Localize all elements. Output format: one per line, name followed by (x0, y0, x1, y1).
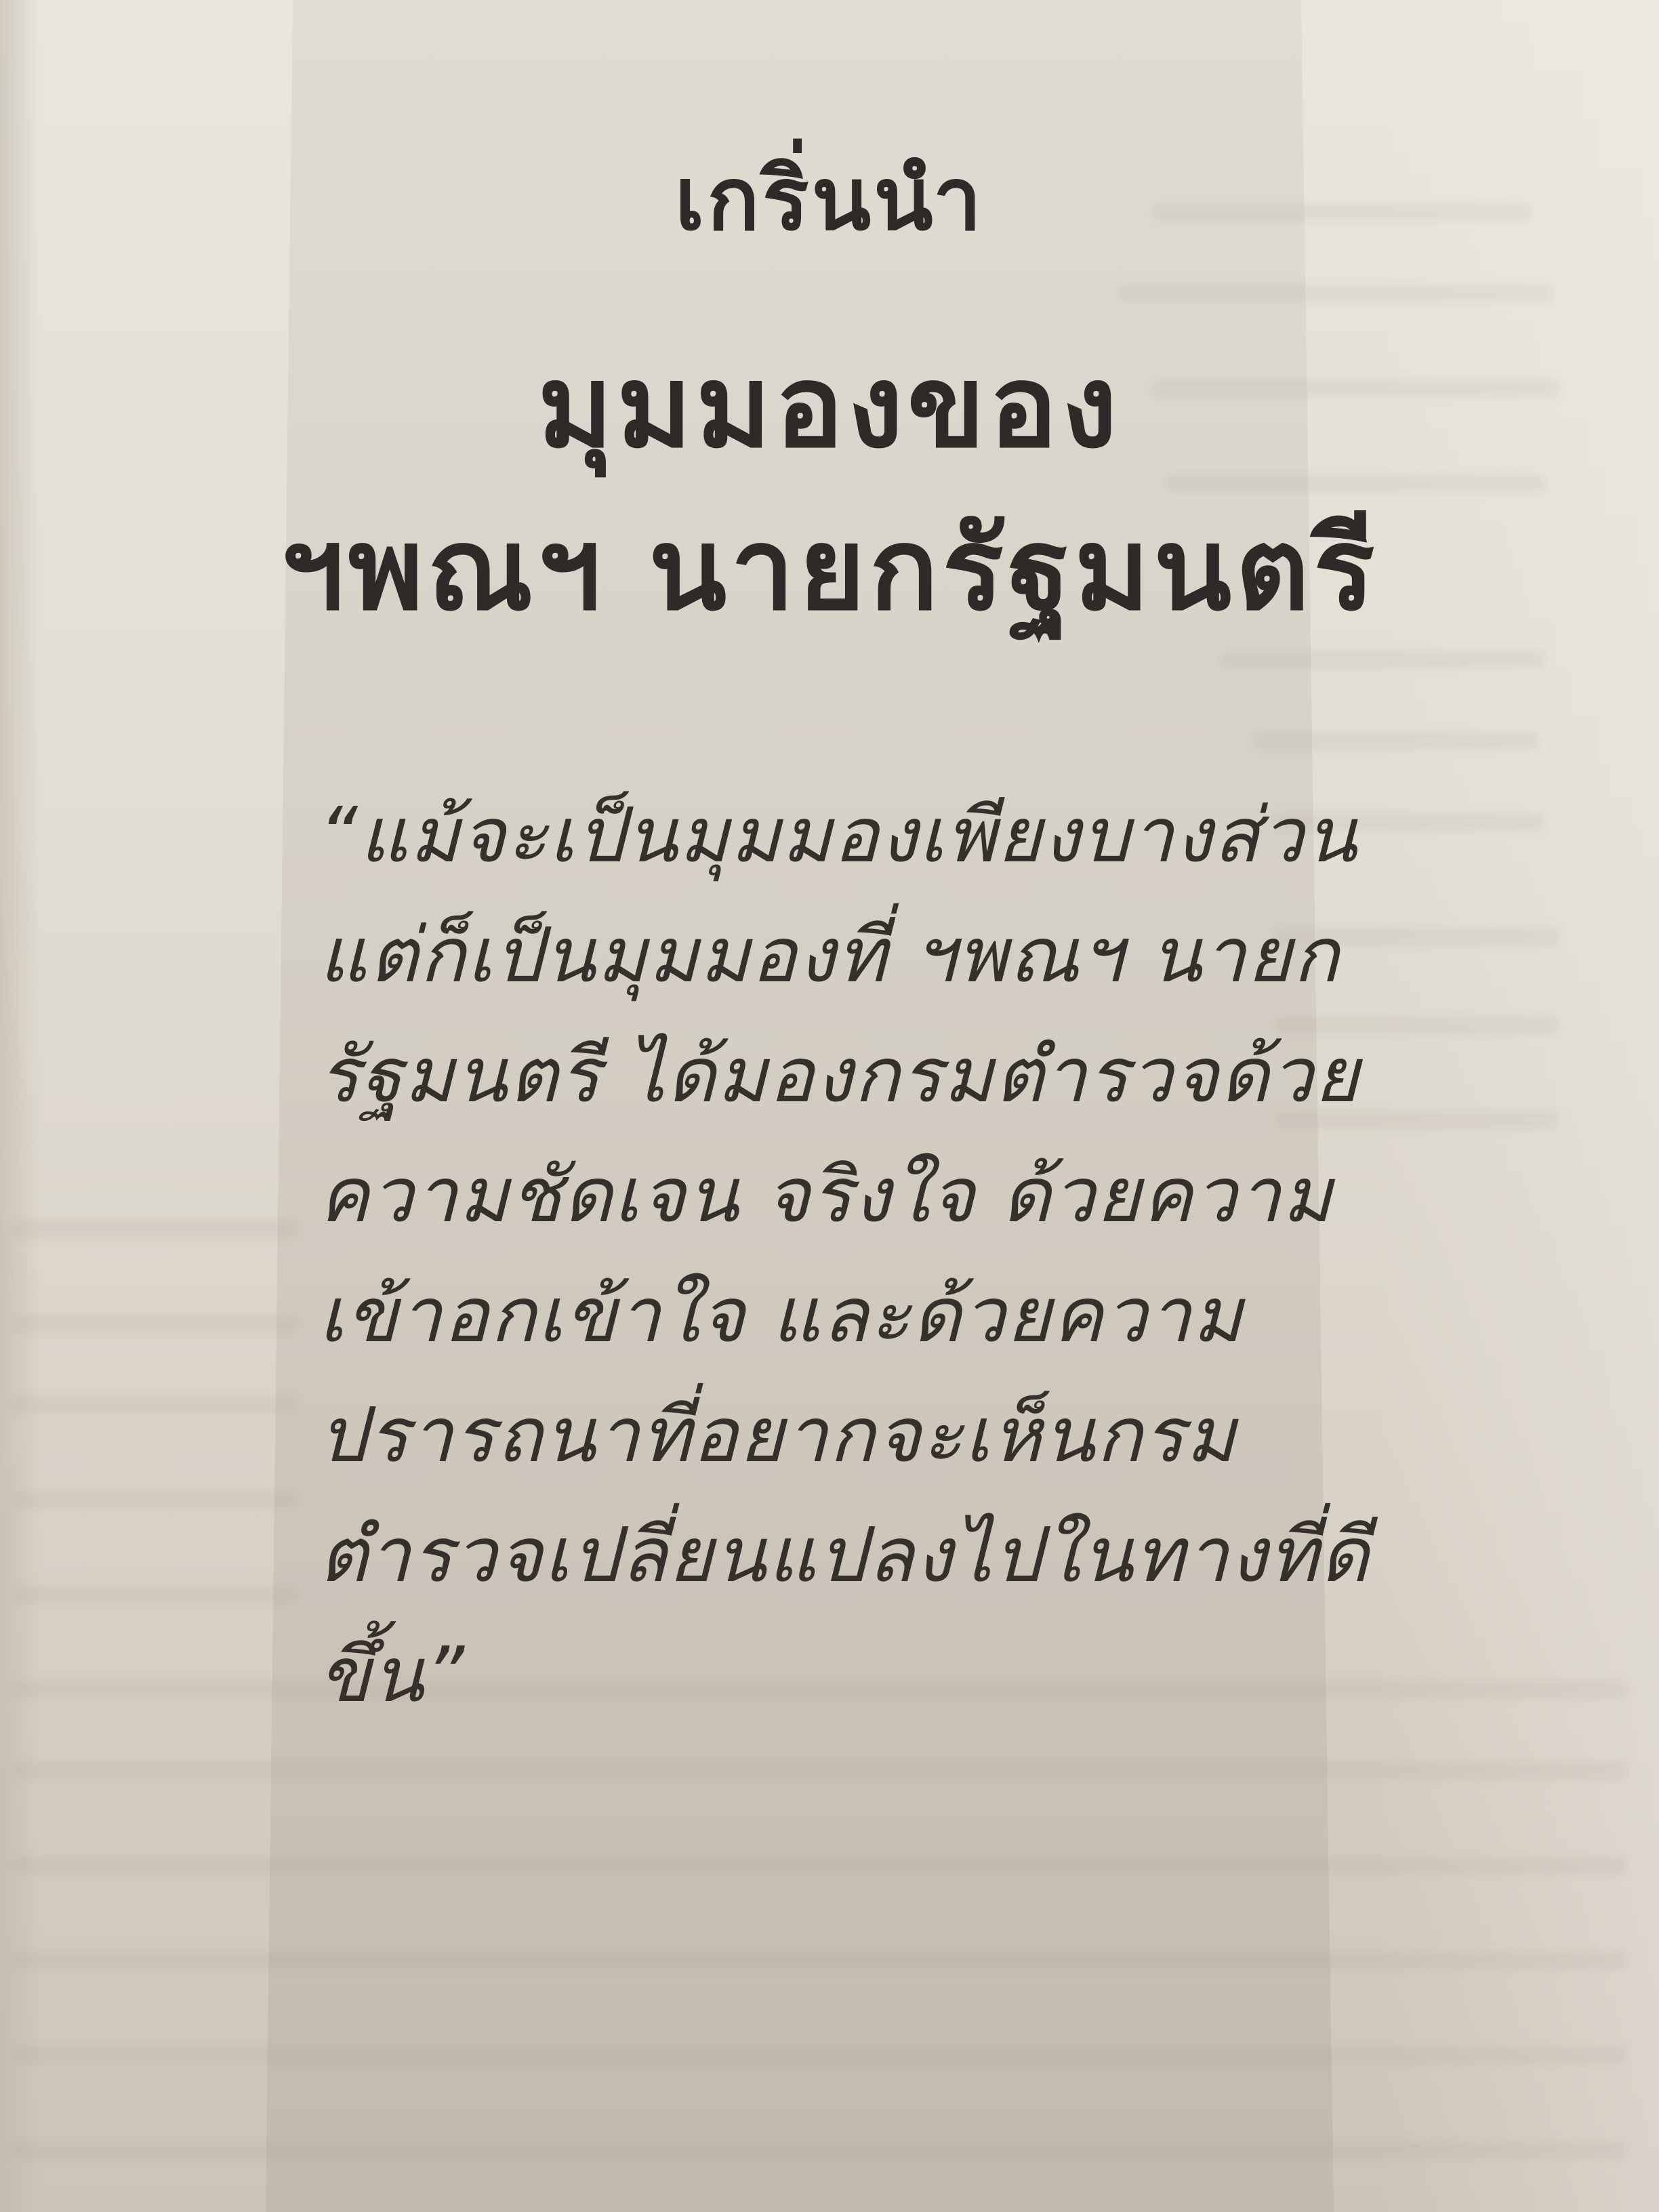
chapter-title-line-2: ฯพณฯ นายกรัฐมนตรี (0, 501, 1659, 637)
section-heading: เกริ่นนำ (0, 149, 1659, 251)
quote-line: แต่ก็เป็นมุมมองที่ ฯพณฯ นายก (319, 896, 1322, 1016)
quote-line: เข้าอกเข้าใจ และด้วยความ (319, 1256, 1322, 1376)
quote-line: รัฐมนตรี ได้มองกรมตำรวจด้วย (319, 1016, 1322, 1136)
quote-line: ปรารถนาที่อยากจะเห็นกรม (319, 1376, 1322, 1496)
quote-block: “แม้จะเป็นมุมมองเพียงบางส่วน แต่ก็เป็นมุ… (319, 776, 1322, 1736)
chapter-title-line-1: มุมมองของ (0, 339, 1659, 474)
quote-line: ตำรวจเปลี่ยนแปลงไปในทางที่ดี (319, 1496, 1322, 1616)
quote-line: “แม้จะเป็นมุมมองเพียงบางส่วน (319, 776, 1322, 896)
quote-line: ความชัดเจน จริงใจ ด้วยความ (319, 1136, 1322, 1256)
page-content: เกริ่นนำ มุมมองของ ฯพณฯ นายกรัฐมนตรี “แม… (0, 0, 1659, 2212)
quote-line: ขึ้น” (319, 1616, 1322, 1736)
